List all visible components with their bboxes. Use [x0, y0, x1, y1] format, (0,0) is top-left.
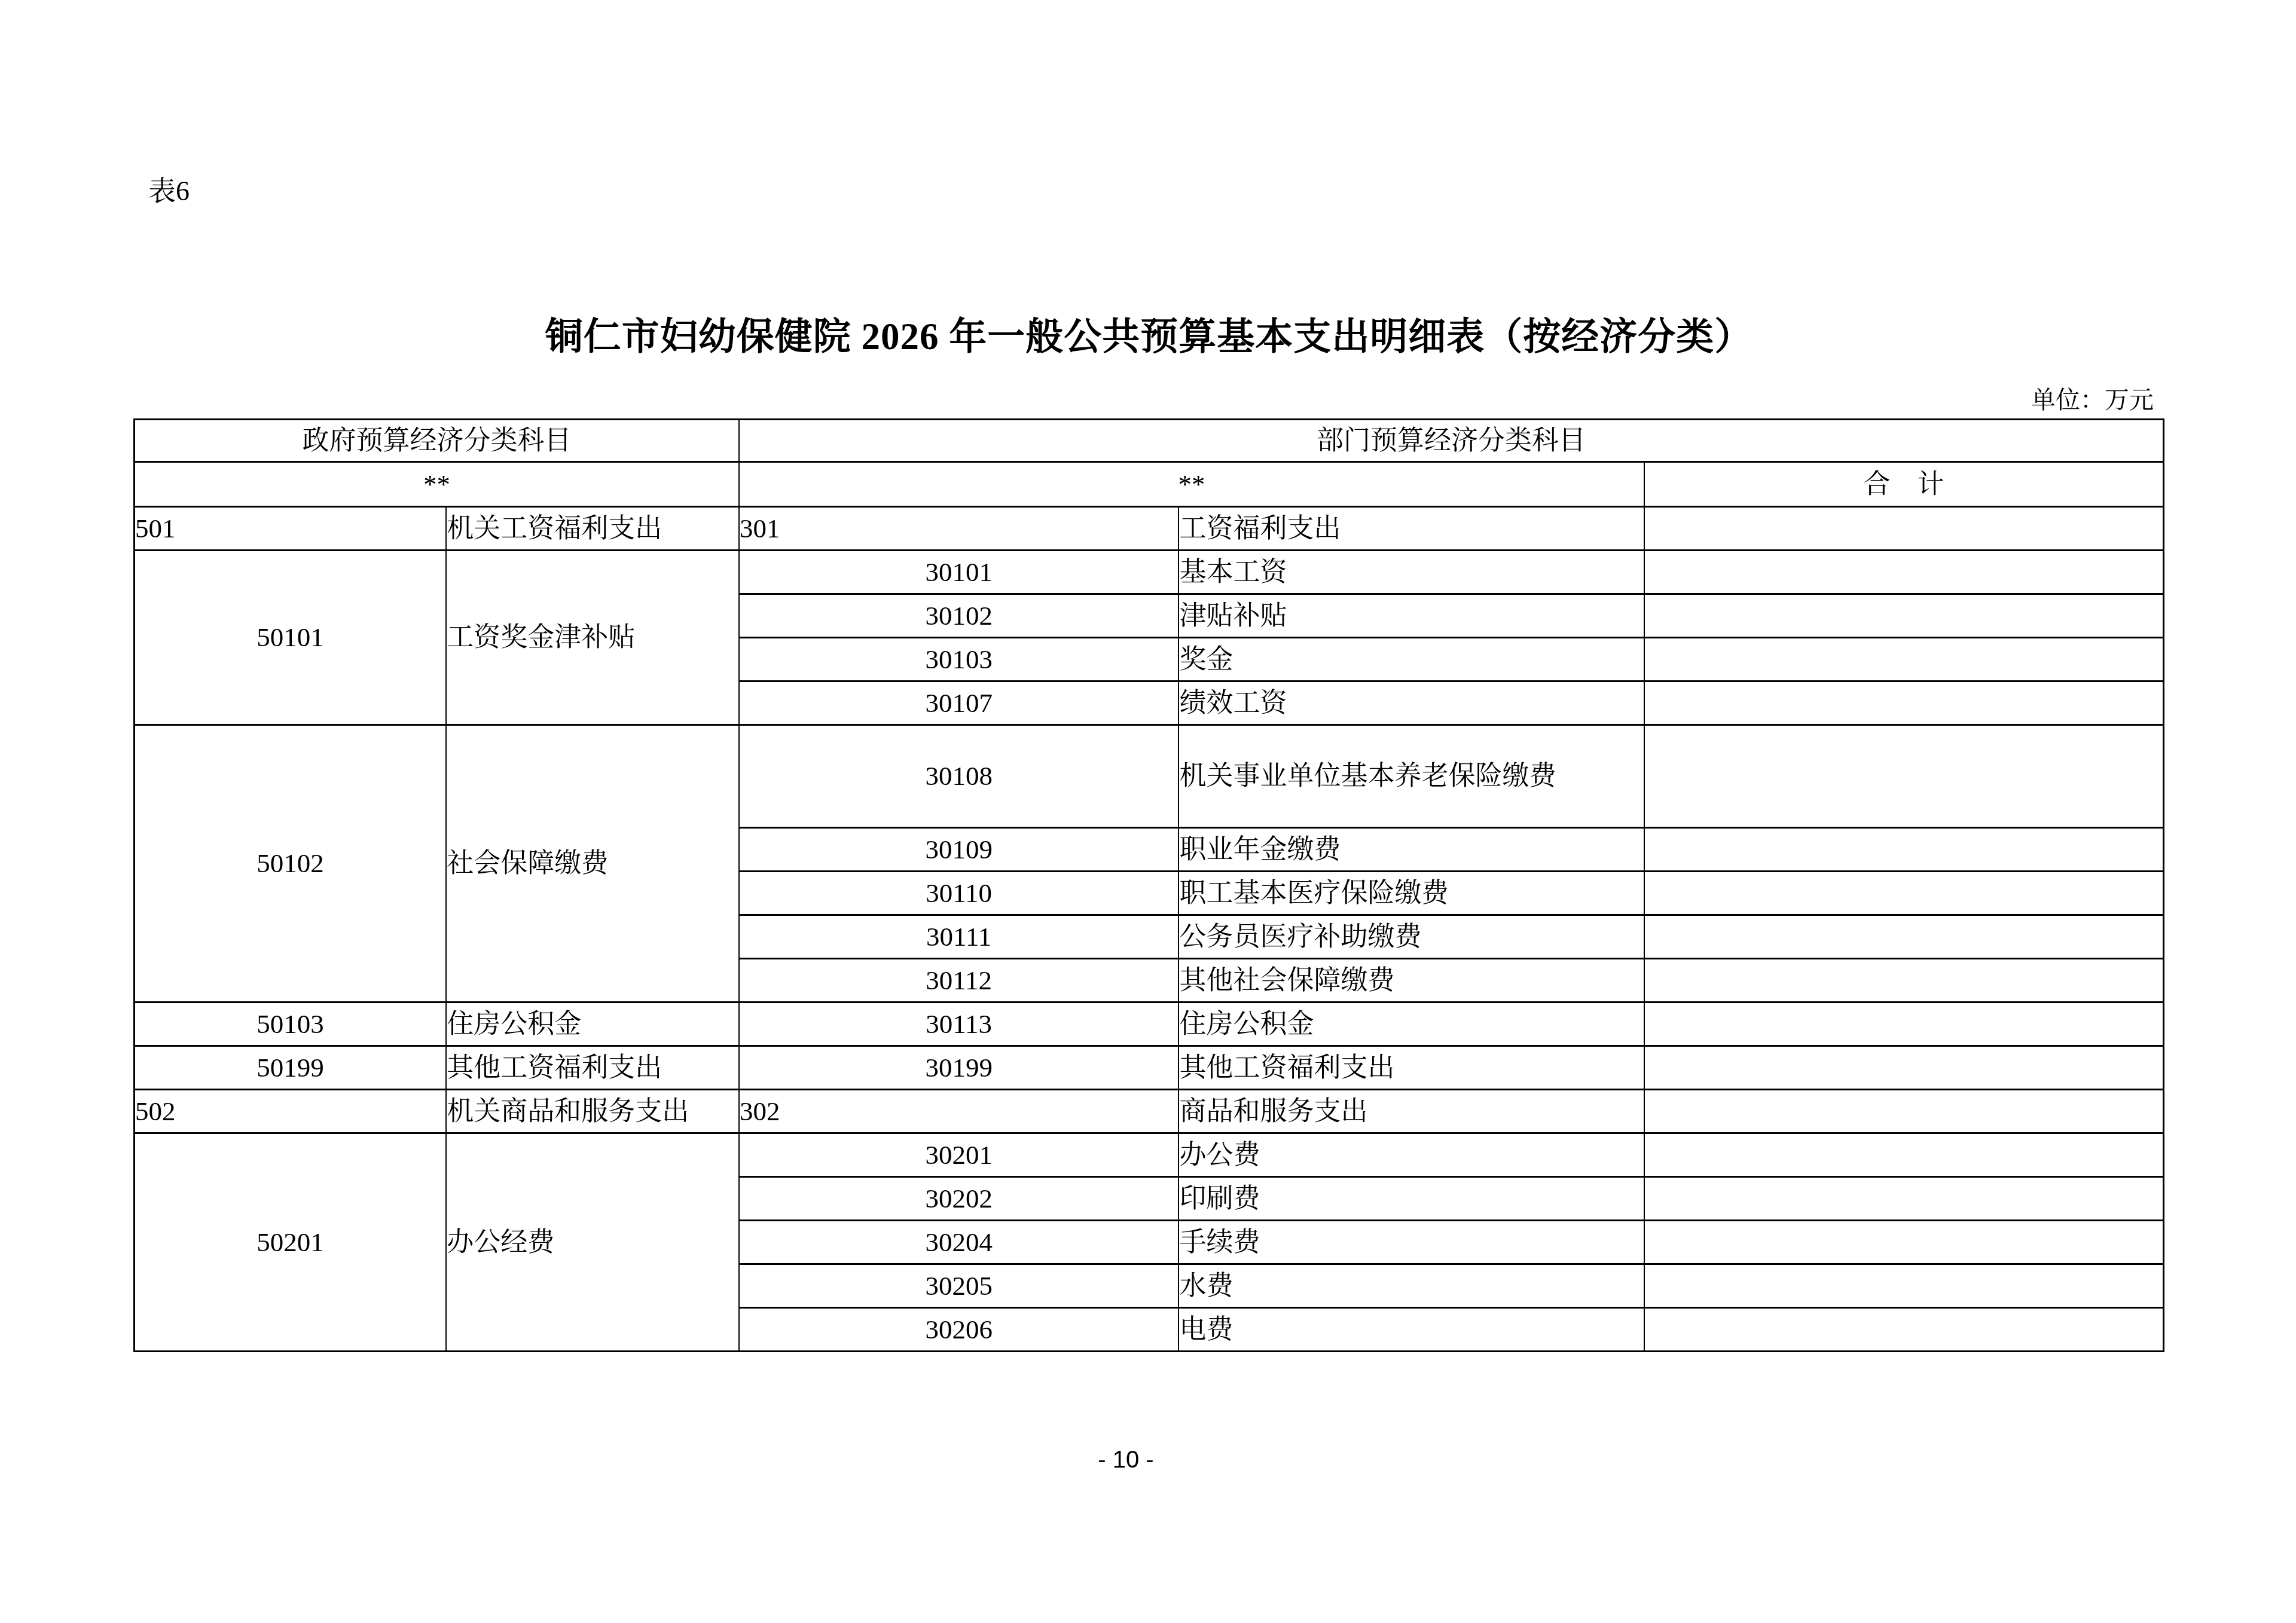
dept-code-cell: 30102: [739, 594, 1178, 638]
dept-name-cell: 水费: [1178, 1264, 1644, 1308]
table-row: 50201 办公经费 30201 办公费: [135, 1133, 2164, 1177]
dept-name-cell: 其他工资福利支出: [1178, 1046, 1644, 1090]
dept-code-cell: 30110: [739, 872, 1178, 915]
gov-name-cell: 机关工资福利支出: [446, 507, 739, 551]
dept-name-cell: 绩效工资: [1178, 681, 1644, 725]
gov-code-cell: 50101: [135, 551, 447, 725]
table-header-row-2: ** ** 合 计: [135, 462, 2164, 507]
table-row: 50102 社会保障缴费 30108 机关事业单位基本养老保险缴费: [135, 725, 2164, 828]
page-title: 铜仁市妇幼保健院 2026 年一般公共预算基本支出明细表（按经济分类）: [133, 306, 2164, 360]
gov-code-cell: 502: [135, 1090, 447, 1133]
dept-name-cell: 印刷费: [1178, 1177, 1644, 1221]
gov-name-cell: 办公经费: [446, 1133, 739, 1352]
dept-code-cell: 30107: [739, 681, 1178, 725]
total-cell: [1644, 638, 2164, 681]
page-number: - 10 -: [0, 1447, 2252, 1474]
unit-note: 单位：万元: [133, 380, 2154, 415]
gov-code-cell: 50201: [135, 1133, 447, 1352]
dept-code-cell: 30202: [739, 1177, 1178, 1221]
dept-code-cell: 301: [739, 507, 1178, 551]
dept-name-cell: 职业年金缴费: [1178, 828, 1644, 872]
total-cell: [1644, 1264, 2164, 1308]
budget-table: 政府预算经济分类科目 部门预算经济分类科目 ** ** 合 计 501 机关工资…: [133, 418, 2164, 1352]
dept-section-header: 部门预算经济分类科目: [739, 420, 2164, 462]
dept-name-cell: 公务员医疗补助缴费: [1178, 915, 1644, 959]
dept-name-cell: 商品和服务支出: [1178, 1090, 1644, 1133]
dept-name-cell: 机关事业单位基本养老保险缴费: [1178, 725, 1644, 828]
gov-name-cell: 住房公积金: [446, 1002, 739, 1046]
table-row: 502 机关商品和服务支出 302 商品和服务支出: [135, 1090, 2164, 1133]
total-cell: [1644, 1090, 2164, 1133]
total-cell: [1644, 1177, 2164, 1221]
dept-code-cell: 30101: [739, 551, 1178, 594]
total-cell: [1644, 507, 2164, 551]
gov-name-cell: 社会保障缴费: [446, 725, 739, 1002]
gov-code-cell: 50102: [135, 725, 447, 1002]
total-cell: [1644, 551, 2164, 594]
gov-code-cell: 50103: [135, 1002, 447, 1046]
dept-code-cell: 30206: [739, 1308, 1178, 1352]
dept-name-cell: 住房公积金: [1178, 1002, 1644, 1046]
dept-name-cell: 奖金: [1178, 638, 1644, 681]
gov-code-cell: 50199: [135, 1046, 447, 1090]
dept-name-cell: 其他社会保障缴费: [1178, 959, 1644, 1002]
dept-name-cell: 办公费: [1178, 1133, 1644, 1177]
total-cell: [1644, 594, 2164, 638]
dept-code-cell: 30199: [739, 1046, 1178, 1090]
total-cell: [1644, 828, 2164, 872]
dept-name-cell: 手续费: [1178, 1221, 1644, 1264]
dept-code-cell: 30109: [739, 828, 1178, 872]
total-cell: [1644, 915, 2164, 959]
total-cell: [1644, 1046, 2164, 1090]
gov-mask-cell: **: [135, 462, 739, 507]
dept-name-cell: 基本工资: [1178, 551, 1644, 594]
table-row: 50199 其他工资福利支出 30199 其他工资福利支出: [135, 1046, 2164, 1090]
total-column-header: 合 计: [1644, 462, 2164, 507]
gov-section-header: 政府预算经济分类科目: [135, 420, 739, 462]
dept-code-cell: 30111: [739, 915, 1178, 959]
table-row: 501 机关工资福利支出 301 工资福利支出: [135, 507, 2164, 551]
dept-name-cell: 电费: [1178, 1308, 1644, 1352]
total-cell: [1644, 1002, 2164, 1046]
table-header-row-1: 政府预算经济分类科目 部门预算经济分类科目: [135, 420, 2164, 462]
total-cell: [1644, 1308, 2164, 1352]
table-row: 50103 住房公积金 30113 住房公积金: [135, 1002, 2164, 1046]
dept-code-cell: 30103: [739, 638, 1178, 681]
dept-code-cell: 30113: [739, 1002, 1178, 1046]
table-number-label: 表6: [148, 175, 190, 207]
gov-name-cell: 工资奖金津补贴: [446, 551, 739, 725]
dept-name-cell: 工资福利支出: [1178, 507, 1644, 551]
dept-code-cell: 30108: [739, 725, 1178, 828]
dept-mask-cell: **: [739, 462, 1644, 507]
total-cell: [1644, 959, 2164, 1002]
total-cell: [1644, 1133, 2164, 1177]
dept-code-cell: 30205: [739, 1264, 1178, 1308]
dept-code-cell: 302: [739, 1090, 1178, 1133]
total-cell: [1644, 681, 2164, 725]
gov-name-cell: 其他工资福利支出: [446, 1046, 739, 1090]
dept-code-cell: 30204: [739, 1221, 1178, 1264]
gov-name-cell: 机关商品和服务支出: [446, 1090, 739, 1133]
document-page: 表6 铜仁市妇幼保健院 2026 年一般公共预算基本支出明细表（按经济分类） 单…: [0, 0, 2296, 1623]
dept-code-cell: 30112: [739, 959, 1178, 1002]
dept-name-cell: 津贴补贴: [1178, 594, 1644, 638]
dept-name-cell: 职工基本医疗保险缴费: [1178, 872, 1644, 915]
table-row: 50101 工资奖金津补贴 30101 基本工资: [135, 551, 2164, 594]
total-cell: [1644, 725, 2164, 828]
total-cell: [1644, 1221, 2164, 1264]
dept-code-cell: 30201: [739, 1133, 1178, 1177]
total-cell: [1644, 872, 2164, 915]
gov-code-cell: 501: [135, 507, 447, 551]
